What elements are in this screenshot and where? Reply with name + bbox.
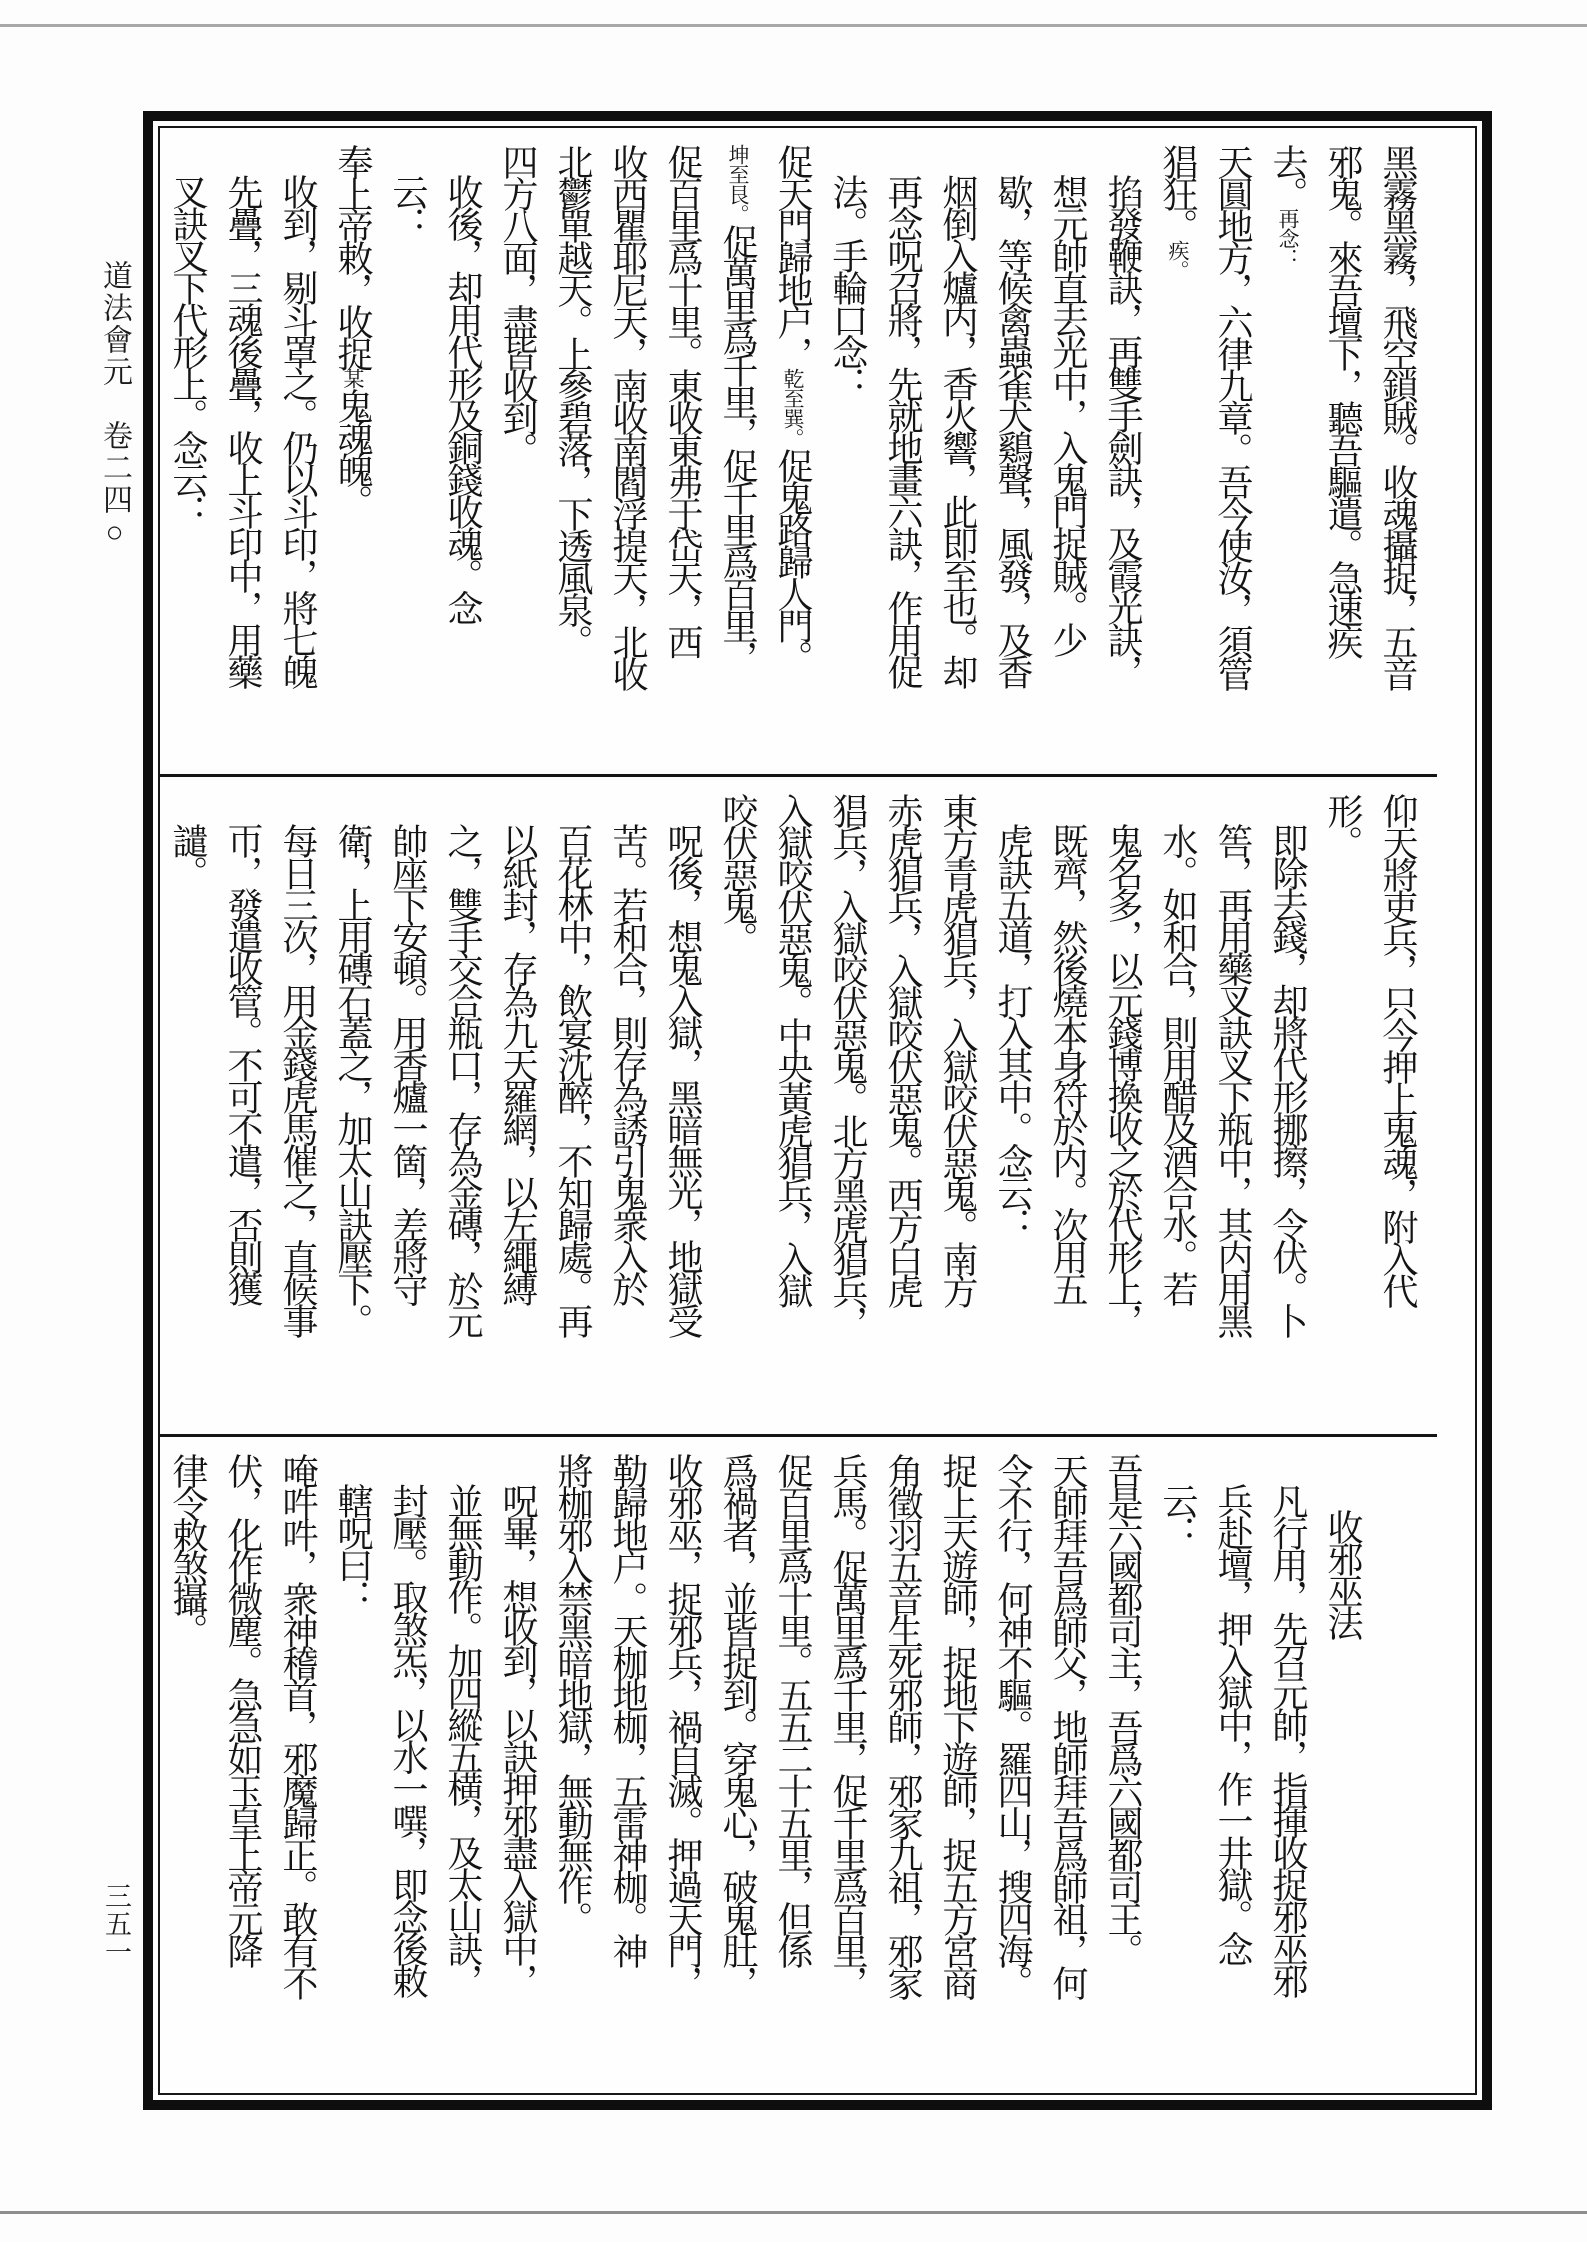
column-text: 唵吽吽，衆神稽首，邪魔歸正。敢有不 <box>278 1453 318 1997</box>
column-text: 呪畢，想收到，以訣押邪盡入獄中， <box>498 1483 538 1995</box>
text-column: 每日三次，用金錢虎馬催之，直候事 <box>270 793 325 1430</box>
text-column: 兵赴壇，押入獄中，作一井獄。念 <box>1205 1453 1260 2089</box>
column-text: 入獄咬伏惡鬼。中央黃虎猖兵，入獄 <box>773 793 813 1305</box>
column-text: 赤虎猖兵，入獄咬伏惡鬼。西方白虎 <box>883 793 923 1305</box>
text-column: 令不行，何神不驅。羅四山，搜四海。 <box>985 1453 1040 2089</box>
text-column: 封壓。取煞炁，以水一噀，即念後敕 <box>380 1453 435 2089</box>
column-text: 百花林中，飲宴沈醉，不知歸處。再 <box>553 823 593 1335</box>
text-column: 將枷邪入禁黑暗地獄，無動無作。 <box>545 1453 600 2089</box>
text-column: 勒歸地户。天枷地枷，五雷神枷。神 <box>600 1453 655 2089</box>
column-text: 伏，化作微塵。急急如玉皇上帝元降 <box>223 1453 263 1965</box>
text-column: 律令敕煞攝。 <box>160 1453 215 2089</box>
text-column: 以紙封，存為九天羅網，以左繩縛 <box>490 793 545 1430</box>
column-text: 天圓地方，六律九章。吾今使汝，須管 <box>1213 144 1253 688</box>
column-text: 云： <box>388 174 428 238</box>
text-column: 咬伏惡鬼。 <box>710 793 765 1430</box>
text-column: 吾是六國都司主，吾爲六國都司王。 <box>1095 1453 1150 2089</box>
column-text: 形。 <box>1323 793 1363 857</box>
text-column: 帀，發遣收管。不可不遣，否則獲 <box>215 793 270 1430</box>
text-band-middle: 仰天將吏兵，只今押上鬼魂，附入代形。即除去錢，却將代形挪擦，令伏。卜筶，再用藥叉… <box>160 777 1437 1437</box>
text-column: 水。如和合，則用醋及酒合水。若 <box>1150 793 1205 1430</box>
column-text: 猖兵，入獄咬伏惡鬼。北方黑虎猖兵， <box>828 793 868 1337</box>
text-column: 虎訣五道，打入其中。念云： <box>985 793 1040 1430</box>
page-top-rule <box>0 24 1587 27</box>
column-text: 帥座下安頓。用香爐一箇，差將守 <box>388 823 428 1303</box>
column-text: 呪後，想鬼入獄，黑暗無光，地獄受 <box>663 823 703 1335</box>
column-text: 四方八面，盡皆收到。 <box>498 144 538 464</box>
text-column: 形。 <box>1315 793 1370 1430</box>
text-frame-inner-border: 黑霧黑霧，飛空鎖賊。收魂攝捉，五音邪鬼。來吾壇下，聽吾驅遣。急速疾去。再念：天圓… <box>158 126 1477 2095</box>
text-column: 兵馬。促萬里爲千里，促千里爲百里， <box>820 1453 875 2089</box>
text-column: 再念呪召將，先就地畫六訣，作用促 <box>875 144 930 770</box>
text-column: 云： <box>380 144 435 770</box>
text-column: 入獄咬伏惡鬼。中央黃虎猖兵，入獄 <box>765 793 820 1430</box>
text-column: 黑霧黑霧，飛空鎖賊。收魂攝捉，五音 <box>1370 144 1425 770</box>
text-column: 去。再念： <box>1260 144 1315 770</box>
text-column: 即除去錢，却將代形挪擦，令伏。卜 <box>1260 793 1315 1430</box>
text-column: 赤虎猖兵，入獄咬伏惡鬼。西方白虎 <box>875 793 930 1430</box>
column-text: 促百里爲十里。五五二十五里，但係 <box>773 1453 813 1965</box>
column-text: 虎訣五道，打入其中。念云： <box>993 823 1033 1239</box>
text-column: 收西瞿耶尼天，南收南閻浮提天，北收 <box>600 144 655 770</box>
text-column: 收後，却用代形及銅錢收魂。念 <box>435 144 490 770</box>
column-text: 並無動作。加四縱五横，及太山訣， <box>443 1483 483 1995</box>
text-column: 法。手輪口念： <box>820 144 875 770</box>
column-text: 爲禍者，並皆捉到。穿鬼心，破鬼肚， <box>718 1453 758 1997</box>
text-column: 想元帥直去光中，入鬼門捉賊。少 <box>1040 144 1095 770</box>
text-column: 猖兵，入獄咬伏惡鬼。北方黑虎猖兵， <box>820 793 875 1430</box>
text-column: 收到，剔斗罩之。仍以斗印，將七魄 <box>270 144 325 770</box>
column-text: 吾是六國都司主，吾爲六國都司王。 <box>1103 1453 1143 1965</box>
text-column: 譴。 <box>160 793 215 1430</box>
text-frame-border: 黑霧黑霧，飛空鎖賊。收魂攝捉，五音邪鬼。來吾壇下，聽吾驅遣。急速疾去。再念：天圓… <box>143 111 1492 2110</box>
text-column: 叉訣叉下代形上。念云： <box>160 144 215 770</box>
text-column: 促天門歸地户，乾至巽。促鬼路歸人門。 <box>765 144 820 770</box>
text-column: 角徵羽五音生死邪師，邪家九祖，邪家 <box>875 1453 930 2089</box>
text-column: 促百里爲十里。五五二十五里，但係 <box>765 1453 820 2089</box>
column-text: 東方青虎猖兵，入獄咬伏惡鬼。南方 <box>938 793 978 1305</box>
text-band-top: 黑霧黑霧，飛空鎖賊。收魂攝捉，五音邪鬼。來吾壇下，聽吾驅遣。急速疾去。再念：天圓… <box>160 128 1437 777</box>
text-column: 云： <box>1150 1453 1205 2089</box>
text-column: 爲禍者，並皆捉到。穿鬼心，破鬼肚， <box>710 1453 765 2089</box>
text-column: 奉上帝敕，收捉某鬼魂魄。 <box>325 144 380 770</box>
column-text: 法。手輪口念： <box>828 174 868 398</box>
column-text: 以紙封，存為九天羅網，以左繩縛 <box>498 823 538 1303</box>
text-column: 呪畢，想收到，以訣押邪盡入獄中， <box>490 1453 545 2089</box>
column-text: 去。 <box>1268 144 1308 208</box>
text-column: 天師拜吾爲師父，地師拜吾爲師祖，何 <box>1040 1453 1095 2089</box>
text-column: 既齊，然後燒本身符於内。次用五 <box>1040 793 1095 1430</box>
text-column: 邪鬼。來吾壇下，聽吾驅遣。急速疾 <box>1315 144 1370 770</box>
text-column: 天圓地方，六律九章。吾今使汝，須管 <box>1205 144 1260 770</box>
inline-annotation: 某 <box>341 368 365 388</box>
column-text: 想元帥直去光中，入鬼門捉賊。少 <box>1048 174 1088 654</box>
column-text: 收西瞿耶尼天，南收南閻浮提天，北收 <box>608 144 648 688</box>
text-column: 筶，再用藥叉訣叉下瓶中，其内用黑 <box>1205 793 1260 1430</box>
text-column: 收邪巫，捉邪兵，禍自滅。押過天門， <box>655 1453 710 2089</box>
column-text: 先疊，三魂後疊，收上斗印中，用藥 <box>223 174 263 686</box>
text-column: 轄呪曰： <box>325 1453 380 2089</box>
column-text: 角徵羽五音生死邪師，邪家九祖，邪家 <box>883 1453 923 1997</box>
text-column: 掐發鞭訣，再雙手劍訣，及霞光訣， <box>1095 144 1150 770</box>
scanned-book-page: 道法會元 卷二四○ 黑霧黑霧，飛空鎖賊。收魂攝捉，五音邪鬼。來吾壇下，聽吾驅遣。… <box>0 0 1587 2242</box>
column-text: 北鬱單越天。上參碧落，下透風泉。 <box>553 144 593 656</box>
column-text: 仰天將吏兵，只今押上鬼魂，附入代 <box>1378 793 1418 1305</box>
column-text: 掐發鞭訣，再雙手劍訣，及霞光訣， <box>1103 174 1143 686</box>
column-text: 筶，再用藥叉訣叉下瓶中，其内用黑 <box>1213 823 1253 1335</box>
column-text: 促鬼路歸人門。 <box>773 448 813 672</box>
column-text: 收邪巫法 <box>1323 1509 1363 1637</box>
column-text: 促百里爲十里。東收東弗于岱天，西 <box>663 144 703 656</box>
column-text: 鬼名多，以元錢博換收之於代形上， <box>1103 823 1143 1335</box>
column-text: 苦。若和合，則存為誘引鬼衆入於 <box>608 823 648 1303</box>
inline-annotation: 乾至巽。 <box>781 368 805 448</box>
text-column: 促百里爲十里。東收東弗于岱天，西 <box>655 144 710 770</box>
column-text: 黑霧黑霧，飛空鎖賊。收魂攝捉，五音 <box>1378 144 1418 688</box>
column-text: 云： <box>1158 1483 1198 1547</box>
text-column: 帥座下安頓。用香爐一箇，差將守 <box>380 793 435 1430</box>
text-column: 捉上天遊師，捉地下遊師，捉五方宮商 <box>930 1453 985 2089</box>
column-text: 叉訣叉下代形上。念云： <box>168 174 208 526</box>
text-column: 唵吽吽，衆神稽首，邪魔歸正。敢有不 <box>270 1453 325 2089</box>
text-column: 四方八面，盡皆收到。 <box>490 144 545 770</box>
text-column: 先疊，三魂後疊，收上斗印中，用藥 <box>215 144 270 770</box>
column-text: 帀，發遣收管。不可不遣，否則獲 <box>223 823 263 1303</box>
text-column: 苦。若和合，則存為誘引鬼衆入於 <box>600 793 655 1430</box>
text-column: 之，雙手交合瓶口，存為金磚，於元 <box>435 793 490 1430</box>
column-text: 天師拜吾爲師父，地師拜吾爲師祖，何 <box>1048 1453 1088 1997</box>
column-text: 猖狂。 <box>1158 144 1198 240</box>
page-number: 三五一 <box>97 1882 136 1966</box>
text-band-bottom: 收邪巫法凡行用，先召元帥，指揮收捉邪巫邪兵赴壇，押入獄中，作一井獄。念云：吾是六… <box>160 1437 1382 2093</box>
column-text: 衛，上用磚石蓋之，加太山訣壓下。 <box>333 823 373 1335</box>
column-text: 促天門歸地户， <box>773 144 813 368</box>
column-text: 捉上天遊師，捉地下遊師，捉五方宮商 <box>938 1453 978 1997</box>
text-column: 北鬱單越天。上參碧落，下透風泉。 <box>545 144 600 770</box>
column-text: 轄呪曰： <box>333 1483 373 1611</box>
column-text: 收後，却用代形及銅錢收魂。念 <box>443 174 483 622</box>
column-text: 既齊，然後燒本身符於内。次用五 <box>1048 823 1088 1303</box>
column-text: 令不行，何神不驅。羅四山，搜四海。 <box>993 1453 1033 1997</box>
column-text: 凡行用，先召元帥，指揮收捉邪巫邪 <box>1268 1483 1308 1995</box>
column-text: 歇，等候禽蟲雀犬鷄聲，風發，及香 <box>993 174 1033 686</box>
text-column: 呪後，想鬼入獄，黑暗無光，地獄受 <box>655 793 710 1430</box>
text-column: 烟倒入爐内，香火響，此即至也。却 <box>930 144 985 770</box>
column-text: 將枷邪入禁黑暗地獄，無動無作。 <box>553 1453 593 1933</box>
inline-annotation: 坤至艮。 <box>726 144 750 224</box>
column-text: 收到，剔斗罩之。仍以斗印，將七魄 <box>278 174 318 686</box>
column-text: 封壓。取煞炁，以水一噀，即念後敕 <box>388 1483 428 1995</box>
column-text: 律令敕煞攝。 <box>168 1453 208 1645</box>
column-text: 兵赴壇，押入獄中，作一井獄。念 <box>1213 1483 1253 1963</box>
column-text: 邪鬼。來吾壇下，聽吾驅遣。急速疾 <box>1323 144 1363 656</box>
column-text: 促萬里爲千里，促千里爲百里， <box>718 224 758 672</box>
text-column: 收邪巫法 <box>1315 1453 1370 2089</box>
inline-annotation: 再念： <box>1276 208 1300 268</box>
text-column: 伏，化作微塵。急急如玉皇上帝元降 <box>215 1453 270 2089</box>
text-column: 鬼名多，以元錢博換收之於代形上， <box>1095 793 1150 1430</box>
column-text: 水。如和合，則用醋及酒合水。若 <box>1158 823 1198 1303</box>
column-text: 奉上帝敕，收捉 <box>333 144 373 368</box>
column-text: 譴。 <box>168 823 208 887</box>
text-column: 猖狂。疾。 <box>1150 144 1205 770</box>
column-text: 每日三次，用金錢虎馬催之，直候事 <box>278 823 318 1335</box>
column-text: 勒歸地户。天枷地枷，五雷神枷。神 <box>608 1453 648 1965</box>
inline-annotation: 疾。 <box>1166 240 1190 280</box>
page-bottom-rule <box>0 2211 1587 2214</box>
text-column: 衛，上用磚石蓋之，加太山訣壓下。 <box>325 793 380 1430</box>
text-column: 東方青虎猖兵，入獄咬伏惡鬼。南方 <box>930 793 985 1430</box>
column-text: 咬伏惡鬼。 <box>718 793 758 953</box>
text-column: 凡行用，先召元帥，指揮收捉邪巫邪 <box>1260 1453 1315 2089</box>
column-text: 再念呪召將，先就地畫六訣，作用促 <box>883 174 923 686</box>
text-column: 歇，等候禽蟲雀犬鷄聲，風發，及香 <box>985 144 1040 770</box>
volume-title: 道法會元 卷二四○ <box>92 260 136 551</box>
column-text: 烟倒入爐内，香火響，此即至也。却 <box>938 174 978 686</box>
column-text: 鬼魂魄。 <box>333 388 373 516</box>
text-column: 仰天將吏兵，只今押上鬼魂，附入代 <box>1370 793 1425 1430</box>
text-column: 坤至艮。促萬里爲千里，促千里爲百里， <box>710 144 765 770</box>
column-text: 兵馬。促萬里爲千里，促千里爲百里， <box>828 1453 868 1997</box>
text-column: 百花林中，飲宴沈醉，不知歸處。再 <box>545 793 600 1430</box>
column-text: 之，雙手交合瓶口，存為金磚，於元 <box>443 823 483 1335</box>
text-column: 並無動作。加四縱五横，及太山訣， <box>435 1453 490 2089</box>
column-text: 即除去錢，却將代形挪擦，令伏。卜 <box>1268 823 1308 1335</box>
column-text: 收邪巫，捉邪兵，禍自滅。押過天門， <box>663 1453 703 1997</box>
